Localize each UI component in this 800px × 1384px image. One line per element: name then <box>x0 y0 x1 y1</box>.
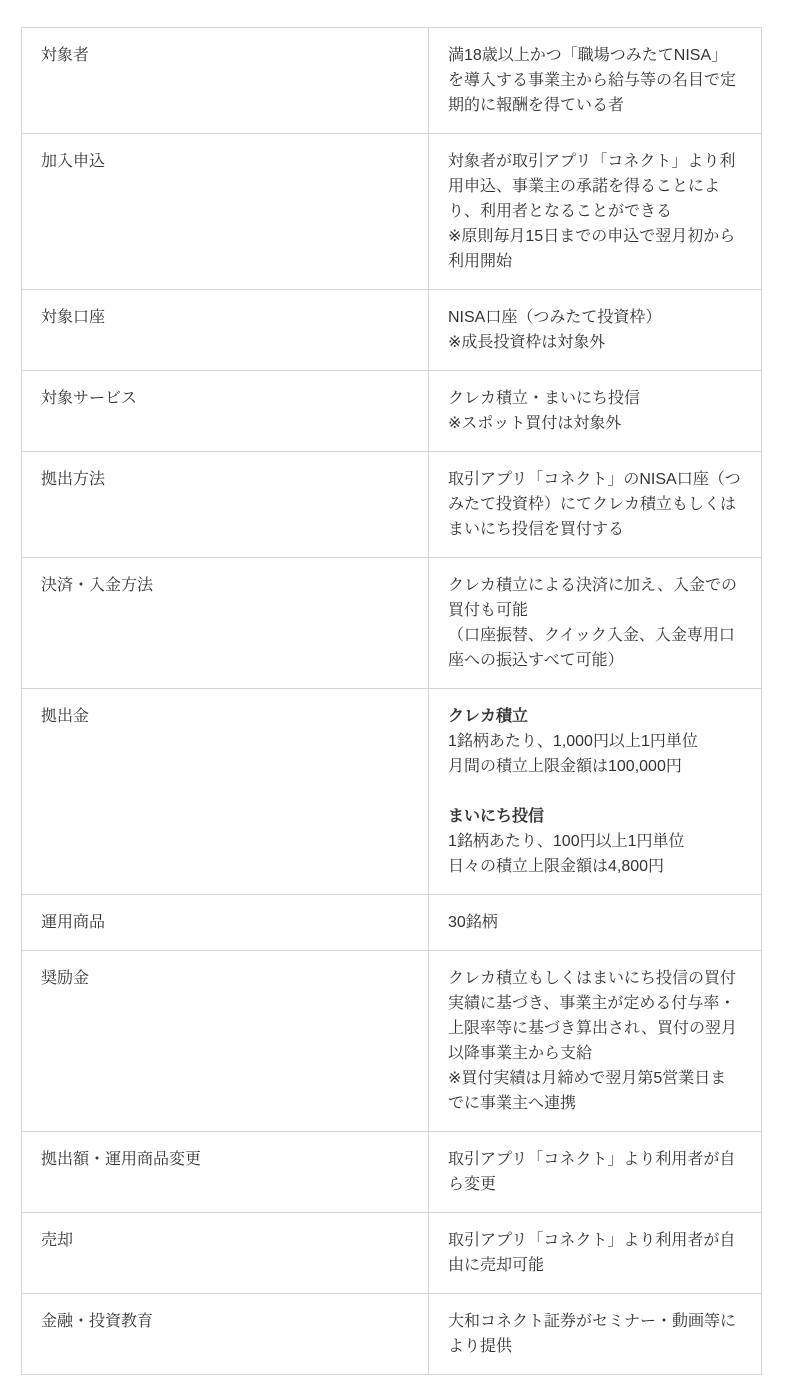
spec-table-body: 対象者満18歳以上かつ「職場つみたてNISA」を導入する事業主から給与等の名目で… <box>22 28 762 1375</box>
table-row: 金融・投資教育大和コネクト証券がセミナー・動画等により提供 <box>22 1294 762 1375</box>
content-line: 1銘柄あたり、1,000円以上1円単位 <box>448 729 742 754</box>
content-line: まいにち投信 <box>448 804 742 829</box>
row-label-cell: 売却 <box>22 1213 429 1294</box>
table-row: 対象サービスクレカ積立・まいにち投信※スポット買付は対象外 <box>22 371 762 452</box>
row-label-cell: 対象口座 <box>22 290 429 371</box>
row-label-cell: 対象者 <box>22 28 429 134</box>
row-content-cell: NISA口座（つみたて投資枠）※成長投資枠は対象外 <box>429 290 762 371</box>
row-content-cell: クレカ積立による決済に加え、入金での買付も可能（口座振替、クイック入金、入金専用… <box>429 558 762 689</box>
table-row: 決済・入金方法クレカ積立による決済に加え、入金での買付も可能（口座振替、クイック… <box>22 558 762 689</box>
table-row: 拠出金クレカ積立1銘柄あたり、1,000円以上1円単位月間の積立上限金額は100… <box>22 689 762 895</box>
row-content-cell: 大和コネクト証券がセミナー・動画等により提供 <box>429 1294 762 1375</box>
table-row: 奨励金クレカ積立もしくはまいにち投信の買付実績に基づき、事業主が定める付与率・上… <box>22 951 762 1132</box>
row-content-cell: 30銘柄 <box>429 895 762 951</box>
content-line: NISA口座（つみたて投資枠） <box>448 305 742 330</box>
content-line: 対象者が取引アプリ「コネクト」より利用申込、事業主の承諾を得ることにより、利用者… <box>448 149 742 224</box>
table-row: 拠出方法取引アプリ「コネクト」のNISA口座（つみたて投資枠）にてクレカ積立もし… <box>22 452 762 558</box>
page: 対象者満18歳以上かつ「職場つみたてNISA」を導入する事業主から給与等の名目で… <box>0 0 800 1384</box>
row-label-cell: 金融・投資教育 <box>22 1294 429 1375</box>
row-label-cell: 奨励金 <box>22 951 429 1132</box>
content-line: クレカ積立もしくはまいにち投信の買付実績に基づき、事業主が定める付与率・上限率等… <box>448 966 742 1066</box>
content-line: クレカ積立による決済に加え、入金での買付も可能 <box>448 573 742 623</box>
table-row: 対象者満18歳以上かつ「職場つみたてNISA」を導入する事業主から給与等の名目で… <box>22 28 762 134</box>
content-line: ※成長投資枠は対象外 <box>448 330 742 355</box>
row-content-cell: 取引アプリ「コネクト」より利用者が自ら変更 <box>429 1132 762 1213</box>
content-line: 1銘柄あたり、100円以上1円単位 <box>448 829 742 854</box>
row-label-cell: 加入申込 <box>22 134 429 290</box>
content-line <box>448 779 742 804</box>
table-row: 売却取引アプリ「コネクト」より利用者が自由に売却可能 <box>22 1213 762 1294</box>
content-line: 満18歳以上かつ「職場つみたてNISA」を導入する事業主から給与等の名目で定期的… <box>448 43 742 118</box>
content-line: 取引アプリ「コネクト」のNISA口座（つみたて投資枠）にてクレカ積立もしくはまい… <box>448 467 742 542</box>
table-row: 運用商品30銘柄 <box>22 895 762 951</box>
row-content-cell: クレカ積立もしくはまいにち投信の買付実績に基づき、事業主が定める付与率・上限率等… <box>429 951 762 1132</box>
row-label-cell: 対象サービス <box>22 371 429 452</box>
content-line: クレカ積立 <box>448 704 742 729</box>
content-line: 30銘柄 <box>448 910 742 935</box>
content-line: 月間の積立上限金額は100,000円 <box>448 754 742 779</box>
row-label-cell: 拠出方法 <box>22 452 429 558</box>
row-label-cell: 拠出金 <box>22 689 429 895</box>
table-row: 対象口座NISA口座（つみたて投資枠）※成長投資枠は対象外 <box>22 290 762 371</box>
row-content-cell: 対象者が取引アプリ「コネクト」より利用申込、事業主の承諾を得ることにより、利用者… <box>429 134 762 290</box>
content-line: （口座振替、クイック入金、入金専用口座への振込すべて可能） <box>448 623 742 673</box>
content-line: クレカ積立・まいにち投信 <box>448 386 742 411</box>
spec-table-container: 対象者満18歳以上かつ「職場つみたてNISA」を導入する事業主から給与等の名目で… <box>21 27 762 1375</box>
content-line: 取引アプリ「コネクト」より利用者が自ら変更 <box>448 1147 742 1197</box>
content-line: ※原則毎月15日までの申込で翌月初から利用開始 <box>448 224 742 274</box>
spec-table: 対象者満18歳以上かつ「職場つみたてNISA」を導入する事業主から給与等の名目で… <box>21 27 762 1375</box>
row-content-cell: クレカ積立1銘柄あたり、1,000円以上1円単位月間の積立上限金額は100,00… <box>429 689 762 895</box>
row-content-cell: 取引アプリ「コネクト」のNISA口座（つみたて投資枠）にてクレカ積立もしくはまい… <box>429 452 762 558</box>
content-line: 日々の積立上限金額は4,800円 <box>448 854 742 879</box>
row-content-cell: 満18歳以上かつ「職場つみたてNISA」を導入する事業主から給与等の名目で定期的… <box>429 28 762 134</box>
content-line: 大和コネクト証券がセミナー・動画等により提供 <box>448 1309 742 1359</box>
row-label-cell: 決済・入金方法 <box>22 558 429 689</box>
content-line: 取引アプリ「コネクト」より利用者が自由に売却可能 <box>448 1228 742 1278</box>
row-label-cell: 運用商品 <box>22 895 429 951</box>
content-line: ※スポット買付は対象外 <box>448 411 742 436</box>
row-content-cell: クレカ積立・まいにち投信※スポット買付は対象外 <box>429 371 762 452</box>
row-label-cell: 拠出額・運用商品変更 <box>22 1132 429 1213</box>
table-row: 加入申込対象者が取引アプリ「コネクト」より利用申込、事業主の承諾を得ることにより… <box>22 134 762 290</box>
row-content-cell: 取引アプリ「コネクト」より利用者が自由に売却可能 <box>429 1213 762 1294</box>
table-row: 拠出額・運用商品変更取引アプリ「コネクト」より利用者が自ら変更 <box>22 1132 762 1213</box>
content-line: ※買付実績は月締めで翌月第5営業日までに事業主へ連携 <box>448 1066 742 1116</box>
